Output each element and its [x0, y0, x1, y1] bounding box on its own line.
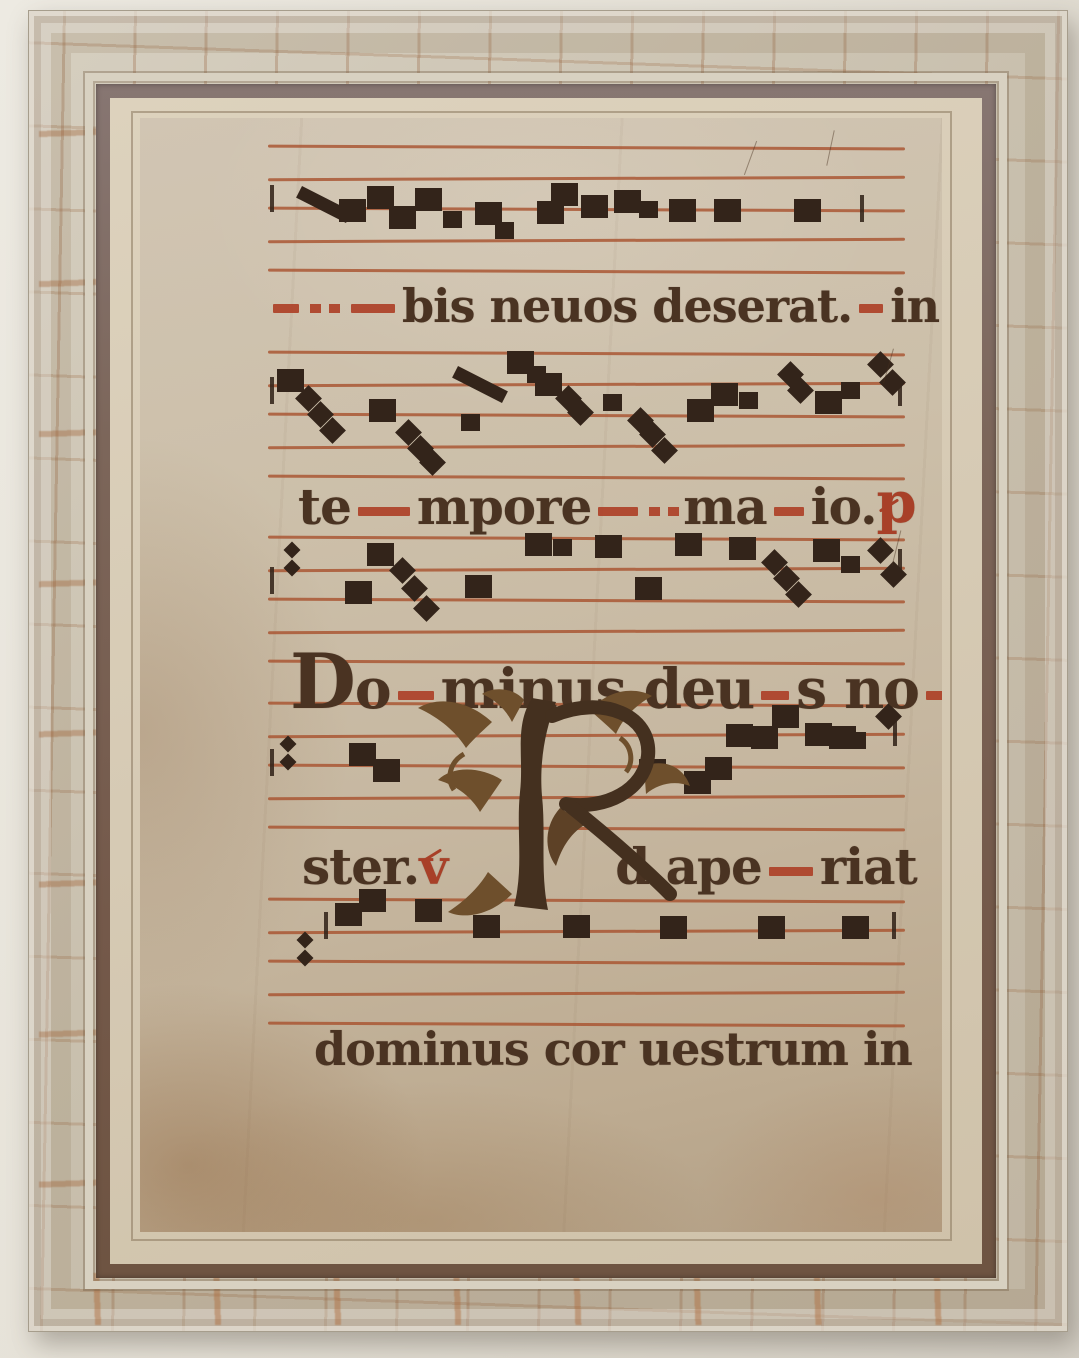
neume-ssq — [841, 556, 860, 573]
chant-word: io. — [811, 482, 877, 532]
staff-line — [268, 960, 905, 966]
staff-line — [268, 176, 905, 181]
neume-sdiam — [284, 542, 301, 559]
red-filler-dash — [358, 507, 410, 516]
staff-line — [268, 351, 905, 357]
red-filler-dot — [310, 304, 321, 313]
chant-word: dominus cor uestrum in — [314, 1026, 912, 1072]
neume-tick — [860, 195, 864, 222]
red-filler-dot — [329, 304, 340, 313]
neume-tick — [892, 912, 896, 939]
chant-capital: D — [290, 637, 355, 726]
neume-ssq — [603, 394, 622, 411]
neume-ssq — [739, 392, 758, 409]
neume-ssq — [495, 222, 514, 239]
staff-line — [268, 269, 905, 275]
red-filler-dot — [668, 507, 679, 516]
neume-sq — [339, 199, 366, 222]
neume-ssq — [847, 732, 866, 749]
chant-word: riat — [820, 842, 917, 892]
decorated-initial-R — [394, 688, 694, 923]
neume-tick — [324, 912, 328, 939]
rubric-p-mark: p — [876, 474, 915, 532]
neume-ssq — [443, 211, 462, 228]
neume-ssq — [461, 414, 480, 431]
neume-sdiam — [297, 950, 314, 967]
chant-word: Do — [290, 650, 391, 716]
chant-word: s no — [796, 661, 919, 716]
mat-border: bis neuos deserat.intemporemaio.pDominus… — [110, 98, 982, 1264]
neume-sq — [794, 199, 821, 222]
neume-sq — [465, 575, 492, 598]
neume-sq — [389, 206, 416, 229]
neume-sq — [277, 369, 304, 392]
neume-sq — [595, 535, 622, 558]
red-filler-dot — [649, 507, 660, 516]
neume-sq — [751, 726, 778, 749]
chant-line1: bis neuos deserat.in — [266, 283, 942, 329]
staff-line — [268, 629, 905, 634]
staff-line — [268, 536, 905, 542]
neume-tick — [270, 185, 274, 212]
chant-word: in — [890, 283, 939, 329]
neume-sq — [675, 533, 702, 556]
red-filler-dash — [769, 867, 813, 876]
neume-sq — [614, 190, 641, 213]
chant-line2: temporemaio.p — [298, 474, 916, 532]
neume-sq — [687, 399, 714, 422]
red-filler-dash — [761, 691, 789, 700]
initial-R-drawing — [394, 688, 694, 923]
neume-sq — [726, 724, 753, 747]
neume-ssq — [639, 201, 658, 218]
neume-sq — [813, 539, 840, 562]
neume-sq — [711, 383, 738, 406]
neume-sq — [815, 391, 842, 414]
frame-inner-fillet: bis neuos deserat.intemporemaio.pDominus… — [96, 84, 996, 1278]
neume-tick — [270, 377, 274, 404]
red-filler-dash — [859, 304, 883, 313]
chant-line5: dominus cor uestrum in — [314, 1026, 912, 1072]
neume-sq — [581, 195, 608, 218]
staff-line — [268, 567, 905, 572]
neume-tick — [898, 379, 902, 406]
red-filler-dash — [926, 691, 942, 700]
neume-sq — [714, 199, 741, 222]
manuscript-page: bis neuos deserat.intemporemaio.pDominus… — [140, 118, 942, 1232]
frame-crackle-left — [39, 71, 99, 1271]
chant-word: bis neuos deserat. — [402, 283, 852, 329]
staff-line — [268, 991, 905, 996]
neume-sdiam — [280, 754, 297, 771]
neume-tick — [893, 719, 897, 746]
chant-word: ma — [683, 482, 766, 532]
neume-ssq — [841, 382, 860, 399]
photo-scene: bis neuos deserat.intemporemaio.pDominus… — [0, 0, 1079, 1358]
neume-sq — [669, 199, 696, 222]
neume-tick — [898, 549, 902, 576]
neume-sq — [415, 188, 442, 211]
neume-sq — [758, 916, 785, 939]
neume-ssq — [553, 539, 572, 556]
chant-word: mpore — [417, 482, 591, 532]
staff-line — [268, 238, 905, 243]
neume-sq — [369, 399, 396, 422]
neume-sq — [551, 183, 578, 206]
chant-word: te — [298, 482, 351, 532]
neume-sq — [335, 903, 362, 926]
neume-sq — [635, 577, 662, 600]
neume-tick — [270, 567, 274, 594]
neume-tick — [270, 749, 274, 776]
rubric-p-stroke — [879, 498, 899, 512]
staff-line — [268, 444, 905, 449]
neume-sdiam — [284, 560, 301, 577]
neume-diam — [880, 561, 907, 588]
neume-sq — [345, 581, 372, 604]
frame-crackle-bottom — [49, 1273, 1047, 1325]
neume-sq — [842, 916, 869, 939]
red-filler-dash — [598, 507, 638, 516]
neume-sq — [535, 373, 562, 396]
neume-sq — [805, 723, 832, 746]
neume-sq — [349, 743, 376, 766]
neume-sq — [367, 543, 394, 566]
red-filler-dash — [351, 304, 395, 313]
red-filler-dash — [273, 304, 299, 313]
staff-line — [268, 145, 905, 151]
neume-sq — [705, 757, 732, 780]
red-filler-dash — [774, 507, 804, 516]
neume-sq — [729, 537, 756, 560]
